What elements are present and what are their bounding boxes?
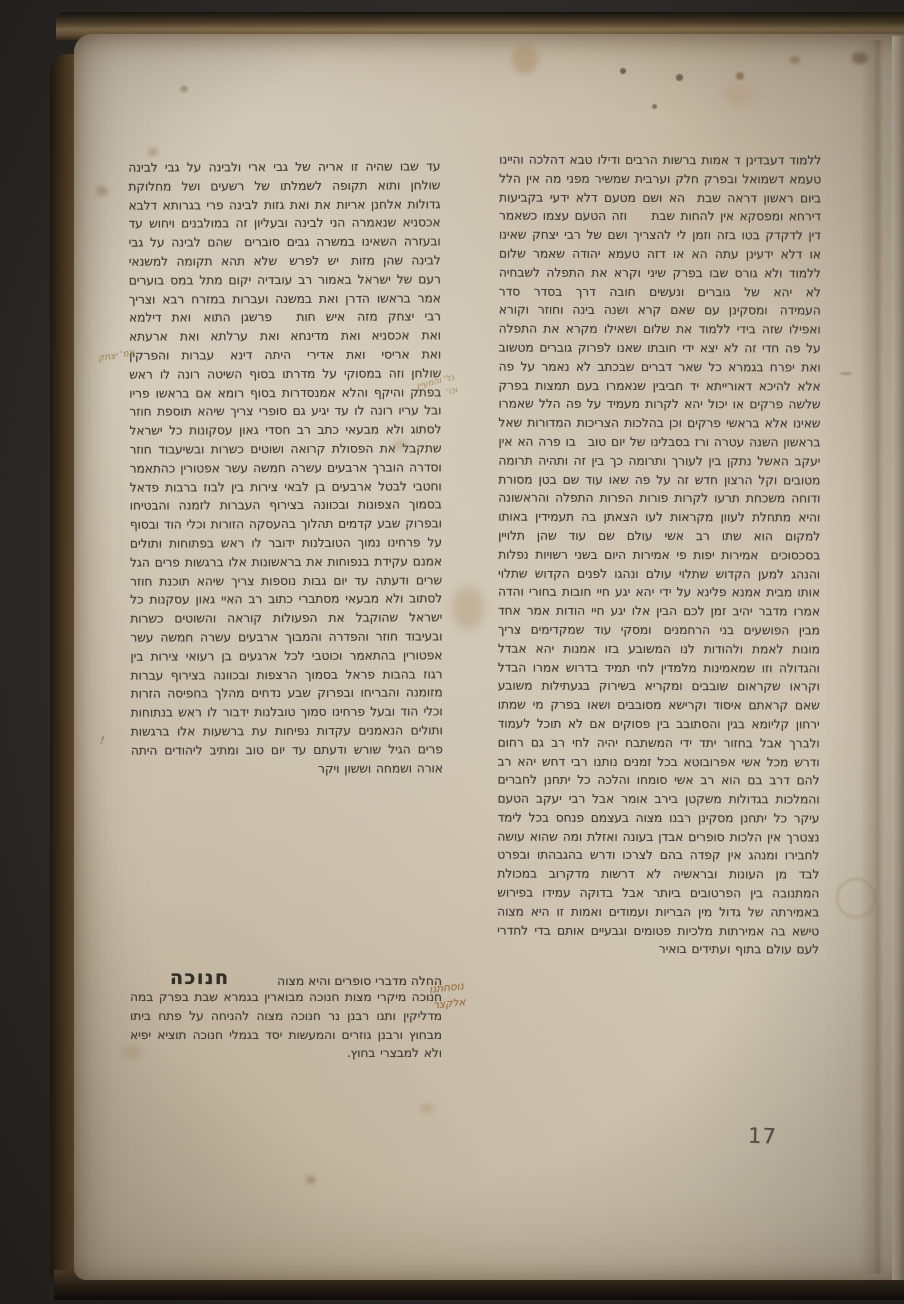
section-heading-line: החלה מדברי סופרים והיא מצוה חנוכה: [130, 962, 442, 988]
text-column-right: ללמוד דעבדינן ד אמות ברשות הרבים ודילו ט…: [497, 151, 821, 1035]
section-heading-word: חנוכה: [170, 968, 230, 988]
page-fore-edge: [892, 36, 904, 1280]
text-column-left: עד שבו שהיה זו אריה של גבי ארי ולבינה על…: [128, 157, 444, 966]
section-heading-rest: החלה מדברי סופרים והיא מצוה: [277, 974, 442, 988]
marginal-note-gutter-lower: נוסחתנו אלקצר: [428, 978, 466, 1013]
section-body: חנוכה מיקרי מצות חנוכה מבוארין בגמרא שבת…: [130, 988, 442, 1063]
scan-surface: ללמוד דעבדינן ד אמות ברשות הרבים ודילו ט…: [0, 0, 904, 1304]
page-crease: [860, 40, 892, 1274]
folio-page-number: 17: [748, 1124, 778, 1149]
